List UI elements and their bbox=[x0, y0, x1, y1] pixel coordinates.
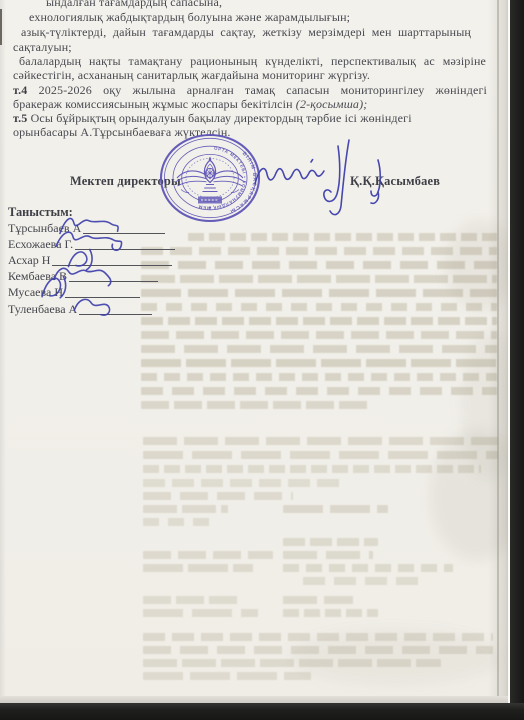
bleedthrough-line bbox=[141, 303, 497, 311]
bleedthrough-line bbox=[141, 289, 497, 297]
acknowledgement-name: Туленбаева А bbox=[8, 302, 79, 317]
bleedthrough-line bbox=[141, 275, 497, 283]
bleedthrough-line bbox=[303, 577, 423, 585]
bleedthrough-line bbox=[283, 564, 453, 572]
bleedthrough-line bbox=[283, 505, 388, 513]
bleedthrough-line bbox=[141, 359, 497, 367]
paper-bottom-edge bbox=[0, 696, 511, 703]
bleedthrough-line bbox=[283, 538, 378, 546]
signature-line bbox=[52, 265, 172, 266]
bleedthrough-line bbox=[143, 564, 253, 572]
acknowledgement-list: Тұрсынбаев АЕсхожаева Г.Асхар НКембаева … bbox=[8, 220, 175, 317]
bleedthrough-line bbox=[143, 505, 228, 513]
bleedthrough-line bbox=[141, 345, 497, 353]
doc-line: сақталуын; bbox=[13, 40, 72, 54]
scan-smudge bbox=[290, 630, 500, 685]
scan-artifact bbox=[0, 9, 2, 45]
scan-background-right bbox=[510, 0, 524, 720]
bleedthrough-line bbox=[141, 317, 497, 325]
bleedthrough-line bbox=[141, 261, 497, 269]
acknowledgement-title: Таныстым: bbox=[8, 205, 73, 220]
bleedthrough-line bbox=[143, 492, 293, 500]
paper-sheet: ындалған тағамдардың сапасына,ехнологиял… bbox=[0, 0, 511, 703]
doc-line: ындалған тағамдардың сапасына, bbox=[46, 0, 222, 9]
signature-line bbox=[83, 233, 165, 234]
scan-background-bottom bbox=[0, 703, 524, 720]
acknowledgement-name: Есхожаева Г. bbox=[8, 237, 75, 252]
bleedthrough-line bbox=[141, 247, 497, 255]
bleedthrough-line bbox=[141, 387, 497, 395]
doc-line: т.4 2025-2026 оқу жылына арналған тамақ … bbox=[13, 83, 487, 97]
acknowledgement-row: Есхожаева Г. bbox=[8, 236, 175, 252]
acknowledgement-row: Асхар Н bbox=[8, 252, 172, 268]
acknowledgement-row: Туленбаева А bbox=[8, 300, 152, 316]
doc-line: ехнологиялық жабдықтардың болуына және ж… bbox=[29, 10, 350, 24]
bleedthrough-line bbox=[143, 465, 481, 473]
signature-line bbox=[79, 314, 152, 315]
bleedthrough-line bbox=[141, 331, 497, 339]
bleedthrough-line bbox=[141, 373, 497, 381]
scanned-page: ындалған тағамдардың сапасына,ехнологиял… bbox=[0, 0, 524, 720]
acknowledgement-name: Тұрсынбаев А bbox=[8, 221, 83, 236]
acknowledgement-row: Тұрсынбаев А bbox=[8, 220, 165, 236]
doc-line: т.5 Осы бұйрықтың орындалуын бақылау дир… bbox=[13, 111, 412, 125]
bleedthrough-line bbox=[283, 551, 373, 559]
bleedthrough-line bbox=[143, 479, 341, 487]
paper-edge-shadow bbox=[488, 0, 508, 703]
bleedthrough-line bbox=[143, 518, 213, 526]
acknowledgement-row: Кембаева В bbox=[8, 268, 158, 284]
doc-line: балалардың нақты тамақтану рационының кү… bbox=[19, 54, 486, 68]
doc-line: азық-түліктерді, дайын тағамдарды сақтау… bbox=[21, 25, 471, 39]
bleedthrough-line bbox=[141, 401, 369, 409]
bleedthrough-line bbox=[283, 609, 378, 617]
bleedthrough-line bbox=[143, 596, 238, 604]
bleedthrough-line bbox=[143, 672, 311, 680]
acknowledgement-row: Мусаева Н bbox=[8, 284, 140, 300]
bleedthrough-line bbox=[143, 437, 498, 445]
paper-edge-shadow bbox=[0, 0, 6, 703]
bleedthrough-line bbox=[283, 596, 353, 604]
acknowledgement-name: Кембаева В bbox=[8, 269, 69, 284]
signature-line bbox=[69, 281, 158, 282]
doc-line: бракераж комиссиясының жұмыс жоспары бек… bbox=[13, 97, 367, 111]
bleedthrough-line bbox=[143, 551, 273, 559]
signature-line bbox=[75, 249, 175, 250]
acknowledgement-name: Асхар Н bbox=[8, 253, 52, 268]
director-signature bbox=[245, 136, 403, 224]
acknowledgement-name: Мусаева Н bbox=[8, 285, 65, 300]
signature-line bbox=[65, 297, 140, 298]
bleedthrough-line bbox=[143, 609, 258, 617]
doc-line: сәйкестігін, асхананың санитарлық жағдай… bbox=[13, 68, 370, 82]
